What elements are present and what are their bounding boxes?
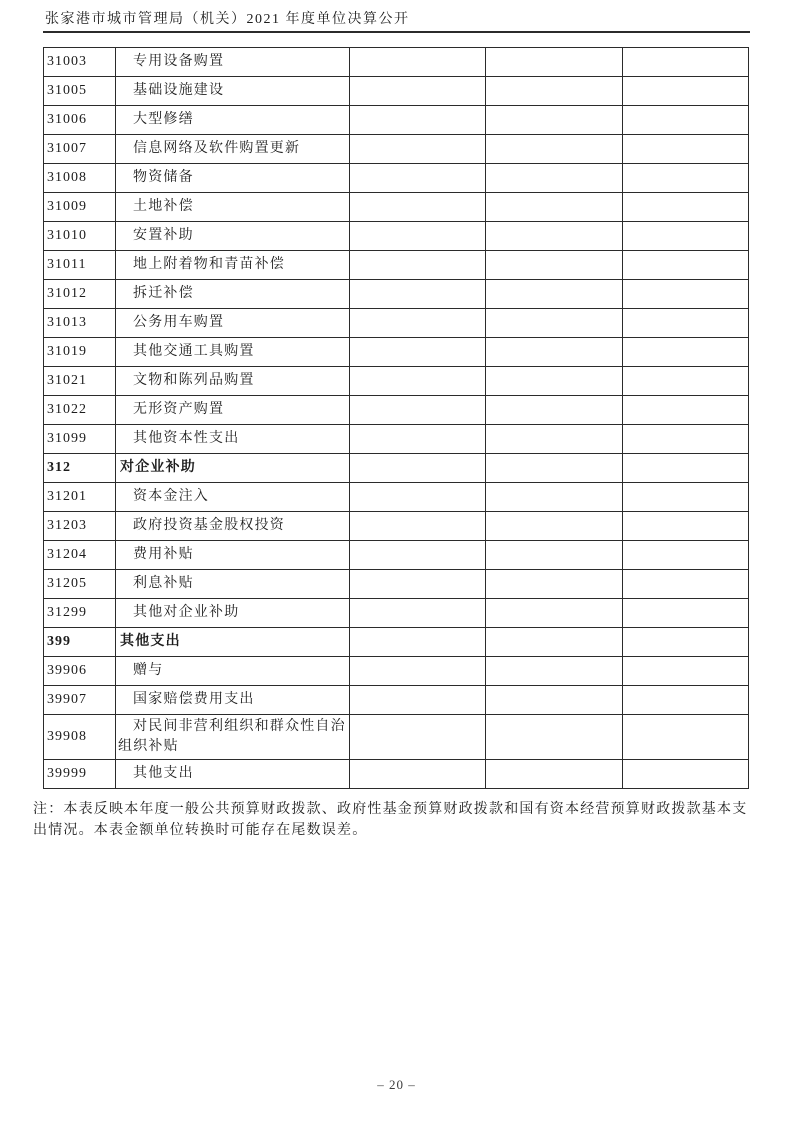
row-code: 39908 bbox=[44, 715, 116, 760]
row-code: 312 bbox=[44, 454, 116, 483]
row-item-name: 物资储备 bbox=[116, 164, 350, 193]
row-item-name: 对民间非营利组织和群众性自治组织补贴 bbox=[116, 715, 350, 760]
row-value-cell bbox=[623, 48, 749, 77]
row-value-cell bbox=[623, 77, 749, 106]
row-value-cell bbox=[486, 512, 623, 541]
table-row: 31201资本金注入 bbox=[44, 483, 749, 512]
row-value-cell bbox=[486, 657, 623, 686]
table-row: 39907国家赔偿费用支出 bbox=[44, 686, 749, 715]
row-value-cell bbox=[350, 541, 486, 570]
table-row: 31011地上附着物和青苗补偿 bbox=[44, 251, 749, 280]
table-row: 31003专用设备购置 bbox=[44, 48, 749, 77]
header-divider bbox=[43, 31, 750, 33]
row-value-cell bbox=[623, 454, 749, 483]
row-code: 31012 bbox=[44, 280, 116, 309]
budget-expenditure-table: 31003专用设备购置31005基础设施建设31006大型修缮31007信息网络… bbox=[43, 47, 749, 789]
row-item-name: 利息补贴 bbox=[116, 570, 350, 599]
section-header-row: 312对企业补助 bbox=[44, 454, 749, 483]
row-value-cell bbox=[486, 135, 623, 164]
table-row: 31006大型修缮 bbox=[44, 106, 749, 135]
row-code: 31007 bbox=[44, 135, 116, 164]
row-value-cell bbox=[486, 77, 623, 106]
row-value-cell bbox=[486, 280, 623, 309]
row-value-cell bbox=[486, 222, 623, 251]
row-code: 31009 bbox=[44, 193, 116, 222]
row-item-name: 其他交通工具购置 bbox=[116, 338, 350, 367]
row-value-cell bbox=[350, 512, 486, 541]
row-item-name: 土地补偿 bbox=[116, 193, 350, 222]
row-item-name: 政府投资基金股权投资 bbox=[116, 512, 350, 541]
row-value-cell bbox=[350, 309, 486, 338]
row-code: 31003 bbox=[44, 48, 116, 77]
row-value-cell bbox=[623, 628, 749, 657]
table-row: 31005基础设施建设 bbox=[44, 77, 749, 106]
row-value-cell bbox=[623, 657, 749, 686]
row-code: 31019 bbox=[44, 338, 116, 367]
table-row: 31299其他对企业补助 bbox=[44, 599, 749, 628]
row-value-cell bbox=[350, 760, 486, 789]
row-value-cell bbox=[350, 396, 486, 425]
row-value-cell bbox=[486, 309, 623, 338]
row-code: 31204 bbox=[44, 541, 116, 570]
row-value-cell bbox=[486, 628, 623, 657]
table-row: 31019其他交通工具购置 bbox=[44, 338, 749, 367]
row-value-cell bbox=[350, 164, 486, 193]
table-footnote: 注：本表反映本年度一般公共预算财政拨款、政府性基金预算财政拨款和国有资本经营预算… bbox=[33, 799, 749, 841]
document-title: 张家港市城市管理局（机关）2021 年度单位决算公开 bbox=[43, 10, 750, 29]
row-value-cell bbox=[486, 715, 623, 760]
row-item-name: 资本金注入 bbox=[116, 483, 350, 512]
row-value-cell bbox=[623, 251, 749, 280]
row-value-cell bbox=[486, 454, 623, 483]
row-value-cell bbox=[623, 309, 749, 338]
row-value-cell bbox=[350, 280, 486, 309]
section-header-row: 399其他支出 bbox=[44, 628, 749, 657]
row-item-name: 其他支出 bbox=[116, 760, 350, 789]
row-value-cell bbox=[486, 425, 623, 454]
table-row: 31099其他资本性支出 bbox=[44, 425, 749, 454]
table-row: 31013公务用车购置 bbox=[44, 309, 749, 338]
row-value-cell bbox=[350, 251, 486, 280]
row-value-cell bbox=[486, 338, 623, 367]
row-value-cell bbox=[623, 570, 749, 599]
row-value-cell bbox=[623, 164, 749, 193]
row-item-name: 其他支出 bbox=[116, 628, 350, 657]
table-row: 31204费用补贴 bbox=[44, 541, 749, 570]
row-item-name: 拆迁补偿 bbox=[116, 280, 350, 309]
table-row: 31022无形资产购置 bbox=[44, 396, 749, 425]
row-item-name: 文物和陈列品购置 bbox=[116, 367, 350, 396]
row-value-cell bbox=[623, 425, 749, 454]
row-value-cell bbox=[350, 599, 486, 628]
table-row: 31007信息网络及软件购置更新 bbox=[44, 135, 749, 164]
row-value-cell bbox=[623, 106, 749, 135]
row-item-name: 大型修缮 bbox=[116, 106, 350, 135]
row-code: 31006 bbox=[44, 106, 116, 135]
row-item-name: 地上附着物和青苗补偿 bbox=[116, 251, 350, 280]
row-item-name: 安置补助 bbox=[116, 222, 350, 251]
row-value-cell bbox=[486, 599, 623, 628]
row-value-cell bbox=[350, 338, 486, 367]
table-row: 31203政府投资基金股权投资 bbox=[44, 512, 749, 541]
row-item-name: 赠与 bbox=[116, 657, 350, 686]
row-code: 31203 bbox=[44, 512, 116, 541]
row-value-cell bbox=[350, 222, 486, 251]
row-item-name: 其他对企业补助 bbox=[116, 599, 350, 628]
row-code: 31011 bbox=[44, 251, 116, 280]
row-value-cell bbox=[623, 338, 749, 367]
row-value-cell bbox=[623, 135, 749, 164]
row-value-cell bbox=[623, 280, 749, 309]
row-code: 399 bbox=[44, 628, 116, 657]
row-value-cell bbox=[623, 715, 749, 760]
row-value-cell bbox=[486, 483, 623, 512]
row-value-cell bbox=[350, 628, 486, 657]
row-item-name: 无形资产购置 bbox=[116, 396, 350, 425]
row-value-cell bbox=[350, 106, 486, 135]
row-value-cell bbox=[623, 599, 749, 628]
row-value-cell bbox=[623, 222, 749, 251]
row-code: 31205 bbox=[44, 570, 116, 599]
row-value-cell bbox=[350, 193, 486, 222]
page-header: 张家港市城市管理局（机关）2021 年度单位决算公开 bbox=[43, 10, 750, 33]
row-code: 31299 bbox=[44, 599, 116, 628]
row-value-cell bbox=[350, 367, 486, 396]
table-row: 39908对民间非营利组织和群众性自治组织补贴 bbox=[44, 715, 749, 760]
row-code: 31013 bbox=[44, 309, 116, 338]
row-item-name: 费用补贴 bbox=[116, 541, 350, 570]
row-code: 31201 bbox=[44, 483, 116, 512]
row-value-cell bbox=[623, 541, 749, 570]
table-row: 31010安置补助 bbox=[44, 222, 749, 251]
table-row: 31205利息补贴 bbox=[44, 570, 749, 599]
row-item-name: 基础设施建设 bbox=[116, 77, 350, 106]
row-value-cell bbox=[486, 367, 623, 396]
row-value-cell bbox=[486, 164, 623, 193]
row-value-cell bbox=[623, 367, 749, 396]
row-code: 31021 bbox=[44, 367, 116, 396]
row-value-cell bbox=[623, 686, 749, 715]
row-value-cell bbox=[350, 135, 486, 164]
row-value-cell bbox=[350, 454, 486, 483]
table-row: 39906赠与 bbox=[44, 657, 749, 686]
row-value-cell bbox=[486, 193, 623, 222]
document-page: 张家港市城市管理局（机关）2021 年度单位决算公开 31003专用设备购置31… bbox=[0, 0, 793, 1122]
row-value-cell bbox=[350, 77, 486, 106]
row-code: 39999 bbox=[44, 760, 116, 789]
row-value-cell bbox=[623, 760, 749, 789]
row-item-name: 对企业补助 bbox=[116, 454, 350, 483]
row-value-cell bbox=[623, 193, 749, 222]
row-value-cell bbox=[350, 715, 486, 760]
row-code: 39907 bbox=[44, 686, 116, 715]
row-value-cell bbox=[486, 570, 623, 599]
table-row: 31008物资储备 bbox=[44, 164, 749, 193]
table-row: 31009土地补偿 bbox=[44, 193, 749, 222]
row-code: 31008 bbox=[44, 164, 116, 193]
row-value-cell bbox=[486, 251, 623, 280]
row-value-cell bbox=[350, 686, 486, 715]
row-value-cell bbox=[486, 396, 623, 425]
table-row: 31021文物和陈列品购置 bbox=[44, 367, 749, 396]
row-code: 31005 bbox=[44, 77, 116, 106]
row-value-cell bbox=[623, 396, 749, 425]
row-code: 31099 bbox=[44, 425, 116, 454]
row-value-cell bbox=[486, 686, 623, 715]
row-code: 31010 bbox=[44, 222, 116, 251]
table-row: 31012拆迁补偿 bbox=[44, 280, 749, 309]
row-value-cell bbox=[350, 657, 486, 686]
row-item-name: 信息网络及软件购置更新 bbox=[116, 135, 350, 164]
row-value-cell bbox=[486, 541, 623, 570]
row-value-cell bbox=[350, 570, 486, 599]
row-value-cell bbox=[486, 48, 623, 77]
row-code: 39906 bbox=[44, 657, 116, 686]
row-item-name: 公务用车购置 bbox=[116, 309, 350, 338]
row-item-name: 国家赔偿费用支出 bbox=[116, 686, 350, 715]
row-value-cell bbox=[486, 106, 623, 135]
row-value-cell bbox=[623, 512, 749, 541]
row-item-name: 专用设备购置 bbox=[116, 48, 350, 77]
row-code: 31022 bbox=[44, 396, 116, 425]
row-value-cell bbox=[350, 425, 486, 454]
row-value-cell bbox=[350, 483, 486, 512]
row-item-name: 其他资本性支出 bbox=[116, 425, 350, 454]
row-value-cell bbox=[623, 483, 749, 512]
table-row: 39999其他支出 bbox=[44, 760, 749, 789]
row-value-cell bbox=[350, 48, 486, 77]
row-value-cell bbox=[486, 760, 623, 789]
page-number: – 20 – bbox=[0, 1077, 793, 1093]
